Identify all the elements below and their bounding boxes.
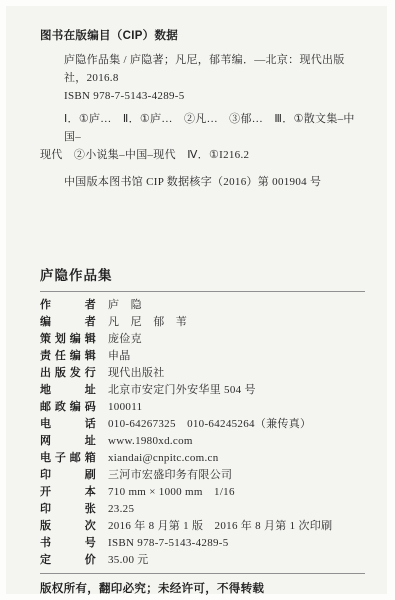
colophon-row-value: 23.25 [108,501,134,518]
colophon-row-label: 定价 [40,552,96,569]
colophon-row: 网址 www.1980xd.com [40,433,365,450]
colophon-row-label: 网址 [40,433,96,450]
colophon-row-label: 地址 [40,382,96,399]
colophon-row: 编者 凡 尼 郁 苇 [40,314,365,331]
colophon-row: 版次 2016 年 8 月第 1 版 2016 年 8 月第 1 次印刷 [40,518,365,535]
colophon-row: 作者 庐 隐 [40,297,365,314]
title-divider [40,291,365,292]
cip-record-number: 中国版本图书馆 CIP 数据核字（2016）第 001904 号 [40,173,365,191]
colophon-row-label: 印张 [40,501,96,518]
colophon-row-label: 电话 [40,416,96,433]
colophon-table: 作者 庐 隐 编者 凡 尼 郁 苇 策划编辑 庞俭克 责任编辑 申晶 出版发行 … [40,297,365,569]
colophon-row: 责任编辑 申晶 [40,348,365,365]
colophon-row-value: 庐 隐 [108,297,142,314]
colophon-row-value: xiandai@cnpitc.com.cn [108,450,219,467]
colophon-row: 书号 ISBN 978-7-5143-4289-5 [40,535,365,552]
colophon-row-label: 策划编辑 [40,331,96,348]
colophon-row-value: 现代出版社 [108,365,165,382]
cip-isbn-line: ISBN 978-7-5143-4289-5 [40,87,365,105]
bottom-divider [40,573,365,574]
colophon-row-label: 出版发行 [40,365,96,382]
colophon-row: 定价 35.00 元 [40,552,365,569]
colophon-row-value: 三河市宏盛印务有限公司 [108,467,232,484]
colophon-row-value: 010-64267325 010-64245264（兼传真） [108,416,311,433]
colophon-row: 地址 北京市安定门外安华里 504 号 [40,382,365,399]
colophon-row-value: 北京市安定门外安华里 504 号 [108,382,256,399]
colophon-row: 电话 010-64267325 010-64245264（兼传真） [40,416,365,433]
colophon-row: 出版发行 现代出版社 [40,365,365,382]
cip-description: 庐隐作品集 / 庐隐著；凡尼，郁苇编．—北京：现代出版社，2016.8 [40,51,365,87]
colophon-row-value: 庞俭克 [108,331,142,348]
cip-header: 图书在版编目（CIP）数据 [40,26,365,46]
colophon-row-label: 编者 [40,314,96,331]
colophon-row-label: 版次 [40,518,96,535]
colophon-row-label: 印刷 [40,467,96,484]
book-title: 庐隐作品集 [40,268,365,284]
colophon-row: 开本 710 mm × 1000 mm 1/16 [40,484,365,501]
colophon-row: 电子邮箱 xiandai@cnpitc.com.cn [40,450,365,467]
colophon-row-value: www.1980xd.com [108,433,193,450]
colophon-row-value: 2016 年 8 月第 1 版 2016 年 8 月第 1 次印刷 [108,518,332,535]
copyright-page: 图书在版编目（CIP）数据 庐隐作品集 / 庐隐著；凡尼，郁苇编．—北京：现代出… [6,6,387,594]
colophon-row: 印张 23.25 [40,501,365,518]
colophon-row-label: 电子邮箱 [40,450,96,467]
cip-classification-line2: 现代 ②小说集–中国–现代 Ⅳ．①I216.2 [40,146,365,164]
colophon-row-label: 书号 [40,535,96,552]
colophon-row: 印刷 三河市宏盛印务有限公司 [40,467,365,484]
cip-classification-line1: Ⅰ．①庐… Ⅱ．①庐… ②凡… ③郁… Ⅲ．①散文集–中国– [40,110,365,146]
colophon-row-label: 开本 [40,484,96,501]
colophon-row: 策划编辑 庞俭克 [40,331,365,348]
colophon-row-value: ISBN 978-7-5143-4289-5 [108,535,229,552]
copyright-notice: 版权所有，翻印必究；未经许可，不得转载 [40,580,365,598]
colophon-row-value: 100011 [108,399,142,416]
colophon-row-label: 作者 [40,297,96,314]
colophon-row-value: 申晶 [108,348,131,365]
colophon-row: 邮政编码 100011 [40,399,365,416]
colophon-row-label: 邮政编码 [40,399,96,416]
colophon-row-value: 35.00 元 [108,552,149,569]
cip-block: 图书在版编目（CIP）数据 庐隐作品集 / 庐隐著；凡尼，郁苇编．—北京：现代出… [40,26,365,191]
colophon-row-value: 710 mm × 1000 mm 1/16 [108,484,235,501]
colophon-row-value: 凡 尼 郁 苇 [108,314,187,331]
colophon-row-label: 责任编辑 [40,348,96,365]
